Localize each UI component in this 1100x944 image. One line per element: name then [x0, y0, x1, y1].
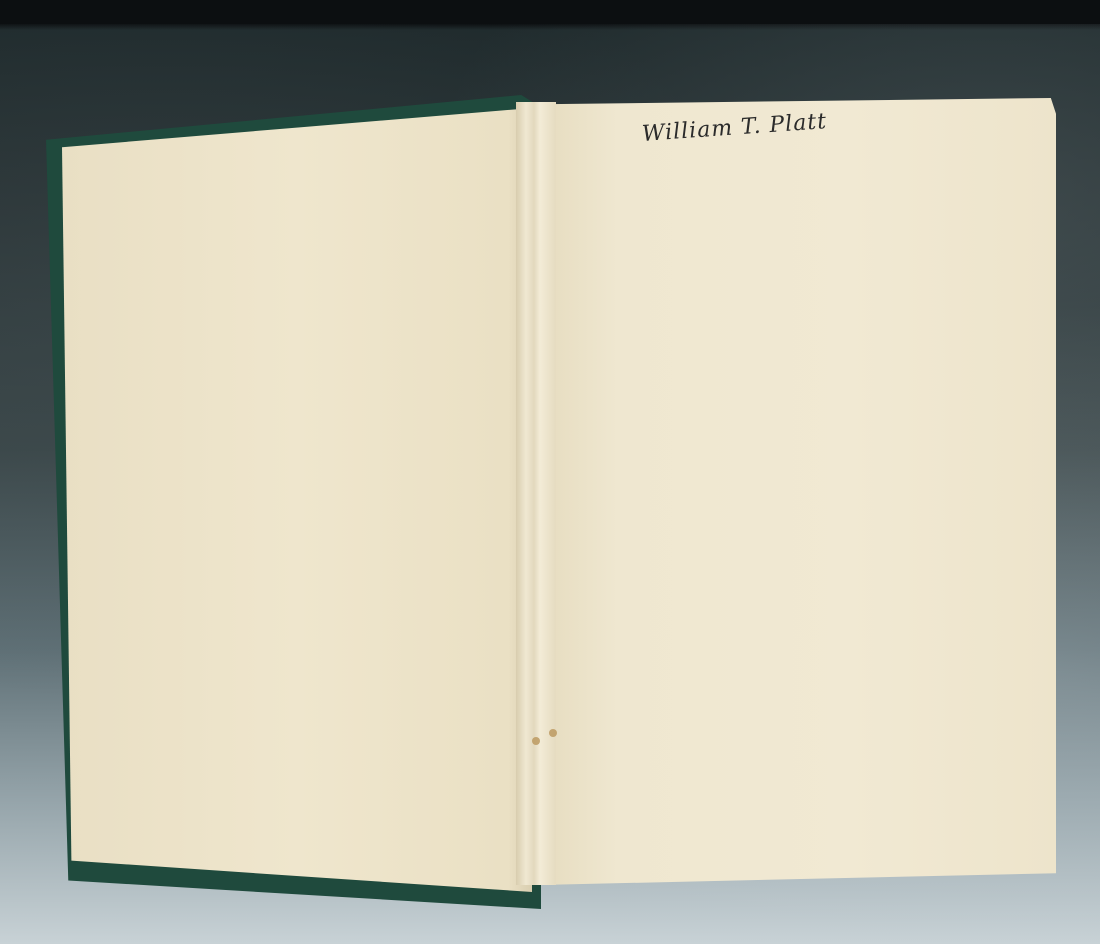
foxing-spot [549, 729, 557, 737]
foxing-spot [532, 737, 540, 745]
book-gutter [516, 102, 556, 885]
right-flyleaf [540, 98, 1056, 885]
left-endpaper [62, 108, 532, 892]
